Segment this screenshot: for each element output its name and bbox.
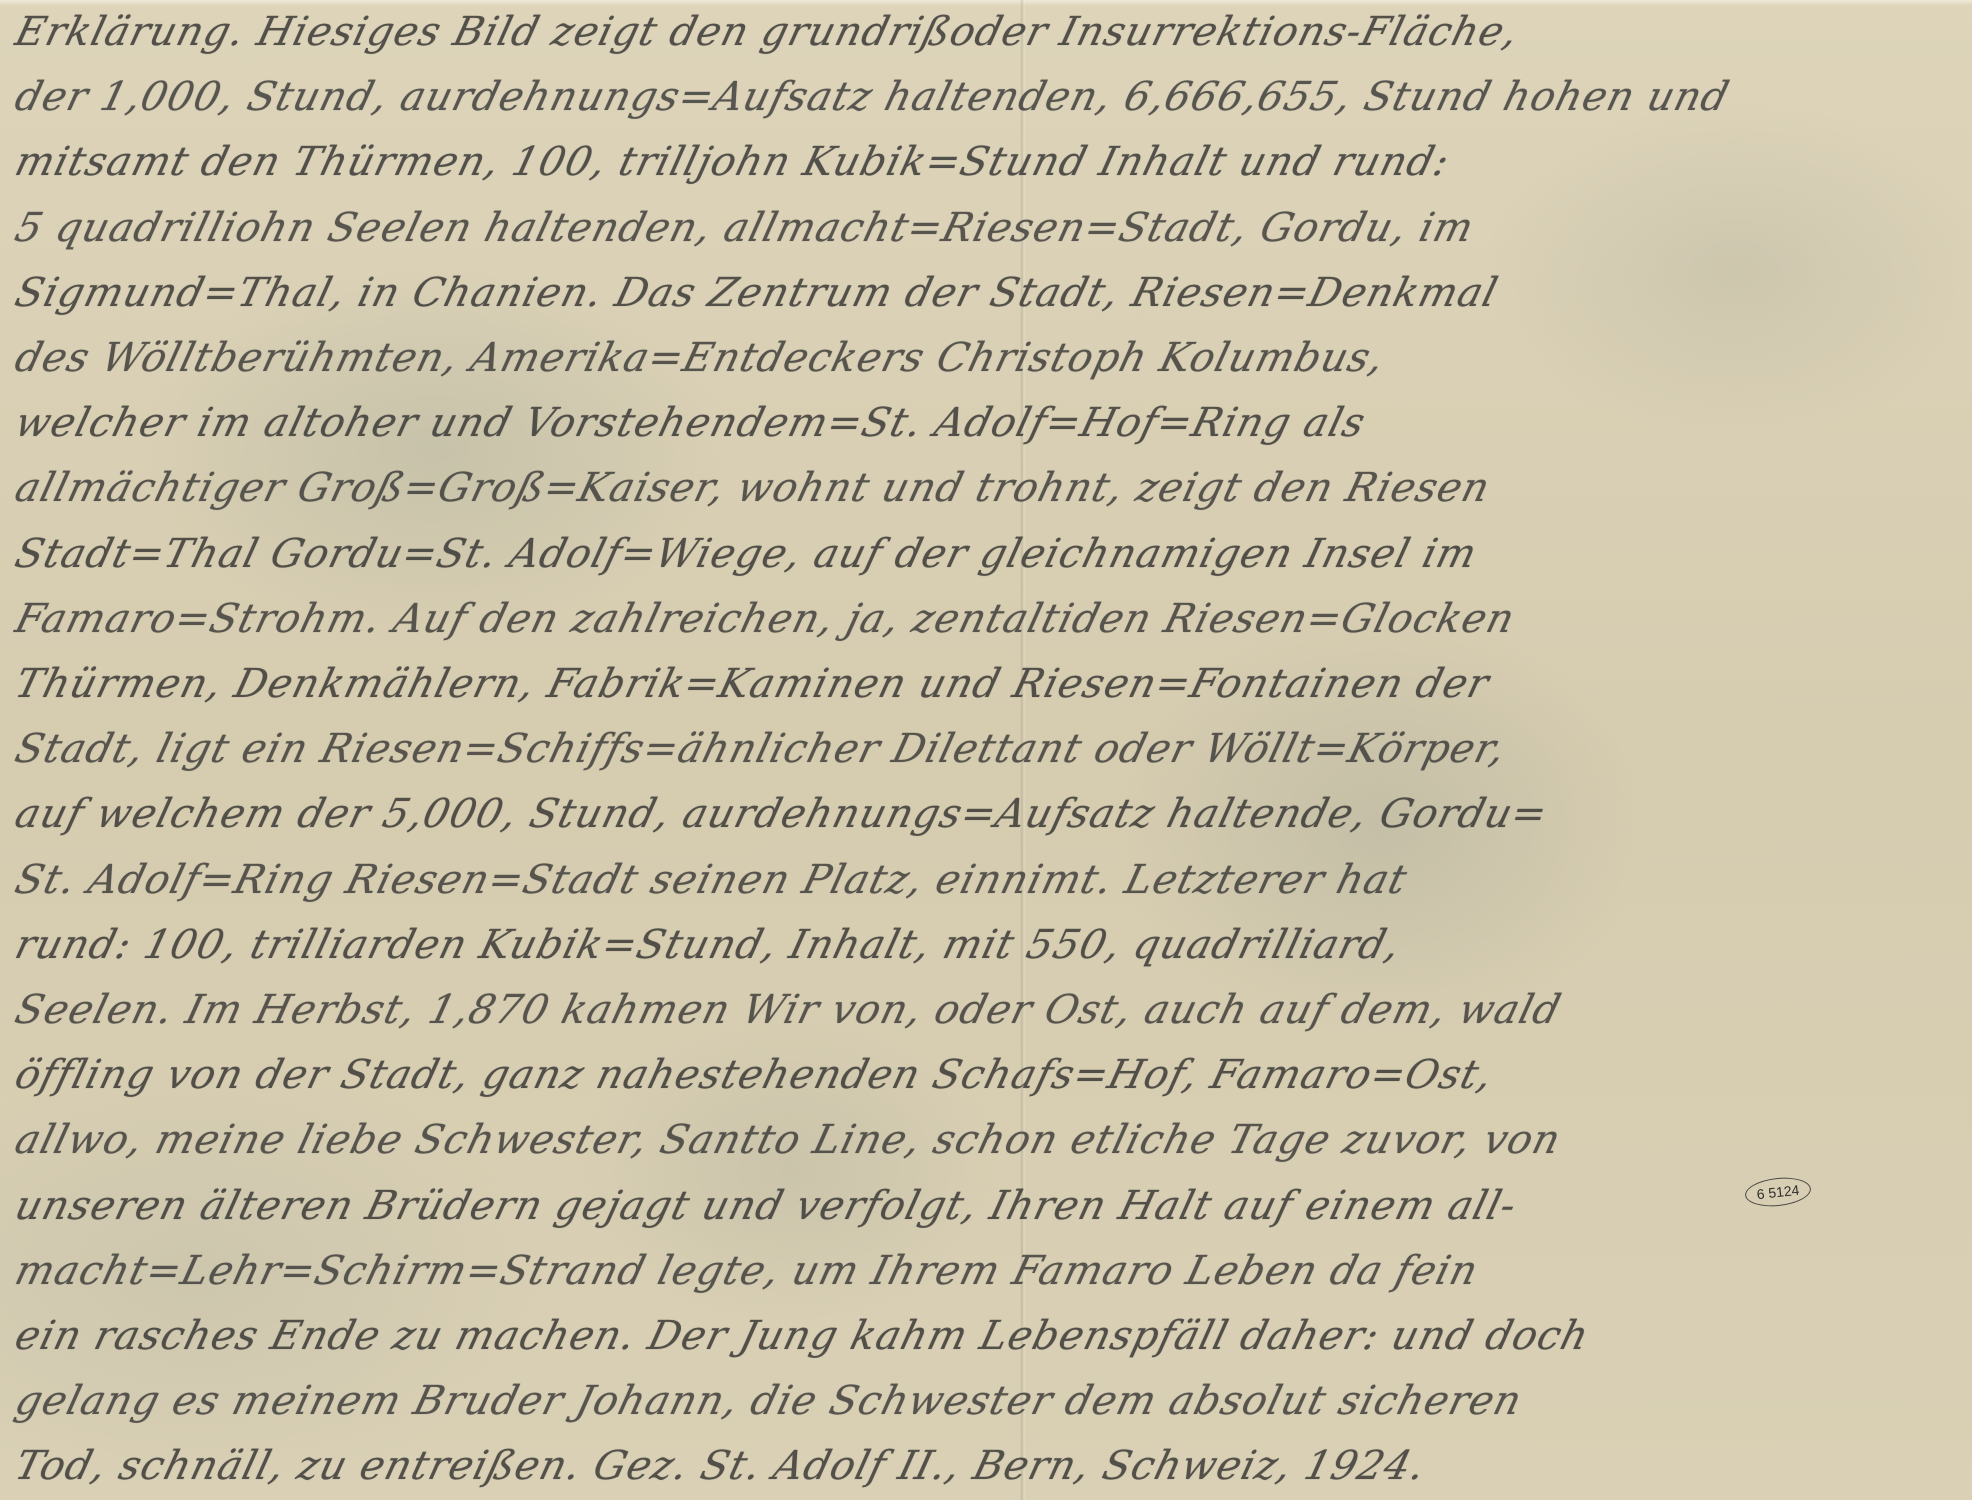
text-line: Stadt=Thal Gordu=St. Adolf=Wiege, auf de… xyxy=(8,522,1972,587)
text-line: macht=Lehr=Schirm=Strand legte, um Ihrem… xyxy=(8,1239,1972,1304)
text-line: öffling von der Stadt, ganz nahestehende… xyxy=(8,1043,1972,1108)
text-line: der 1,000, Stund, aurdehnungs=Aufsatz ha… xyxy=(8,65,1972,130)
text-line: auf welchem der 5,000, Stund, aurdehnung… xyxy=(8,782,1972,847)
text-line: allwo, meine liebe Schwester, Santto Lin… xyxy=(8,1108,1972,1173)
text-line: Sigmund=Thal, in Chanien. Das Zentrum de… xyxy=(8,261,1972,326)
text-line: St. Adolf=Ring Riesen=Stadt seinen Platz… xyxy=(8,848,1972,913)
text-line: welcher im altoher und Vorstehendem=St. … xyxy=(8,391,1972,456)
text-line: mitsamt den Thürmen, 100, trilljohn Kubi… xyxy=(8,130,1972,195)
text-line: unseren älteren Brüdern gejagt und verfo… xyxy=(8,1174,1972,1239)
text-line: Thürmen, Denkmählern, Fabrik=Kaminen und… xyxy=(8,652,1972,717)
text-line: Stadt, ligt ein Riesen=Schiffs=ähnlicher… xyxy=(8,717,1972,782)
text-line: Erklärung. Hiesiges Bild zeigt den grund… xyxy=(8,0,1972,65)
text-line: allmächtiger Groß=Groß=Kaiser, wohnt und… xyxy=(8,456,1972,521)
handwritten-text: Erklärung. Hiesiges Bild zeigt den grund… xyxy=(8,0,1968,1500)
text-line: des Wölltberühmten, Amerika=Entdeckers C… xyxy=(8,326,1972,391)
text-line: Seelen. Im Herbst, 1,870 kahmen Wir von,… xyxy=(8,978,1972,1043)
text-line: Famaro=Strohm. Auf den zahlreichen, ja, … xyxy=(8,587,1972,652)
manuscript-page: Erklärung. Hiesiges Bild zeigt den grund… xyxy=(0,0,1972,1500)
text-line: Tod, schnäll, zu entreißen. Gez. St. Ado… xyxy=(8,1434,1972,1499)
text-line: 5 quadrilliohn Seelen haltenden, allmach… xyxy=(8,196,1972,261)
text-line: rund: 100, trilliarden Kubik=Stund, Inha… xyxy=(8,913,1972,978)
text-line: gelang es meinem Bruder Johann, die Schw… xyxy=(8,1369,1972,1434)
text-line: ein rasches Ende zu machen. Der Jung kah… xyxy=(8,1304,1972,1369)
